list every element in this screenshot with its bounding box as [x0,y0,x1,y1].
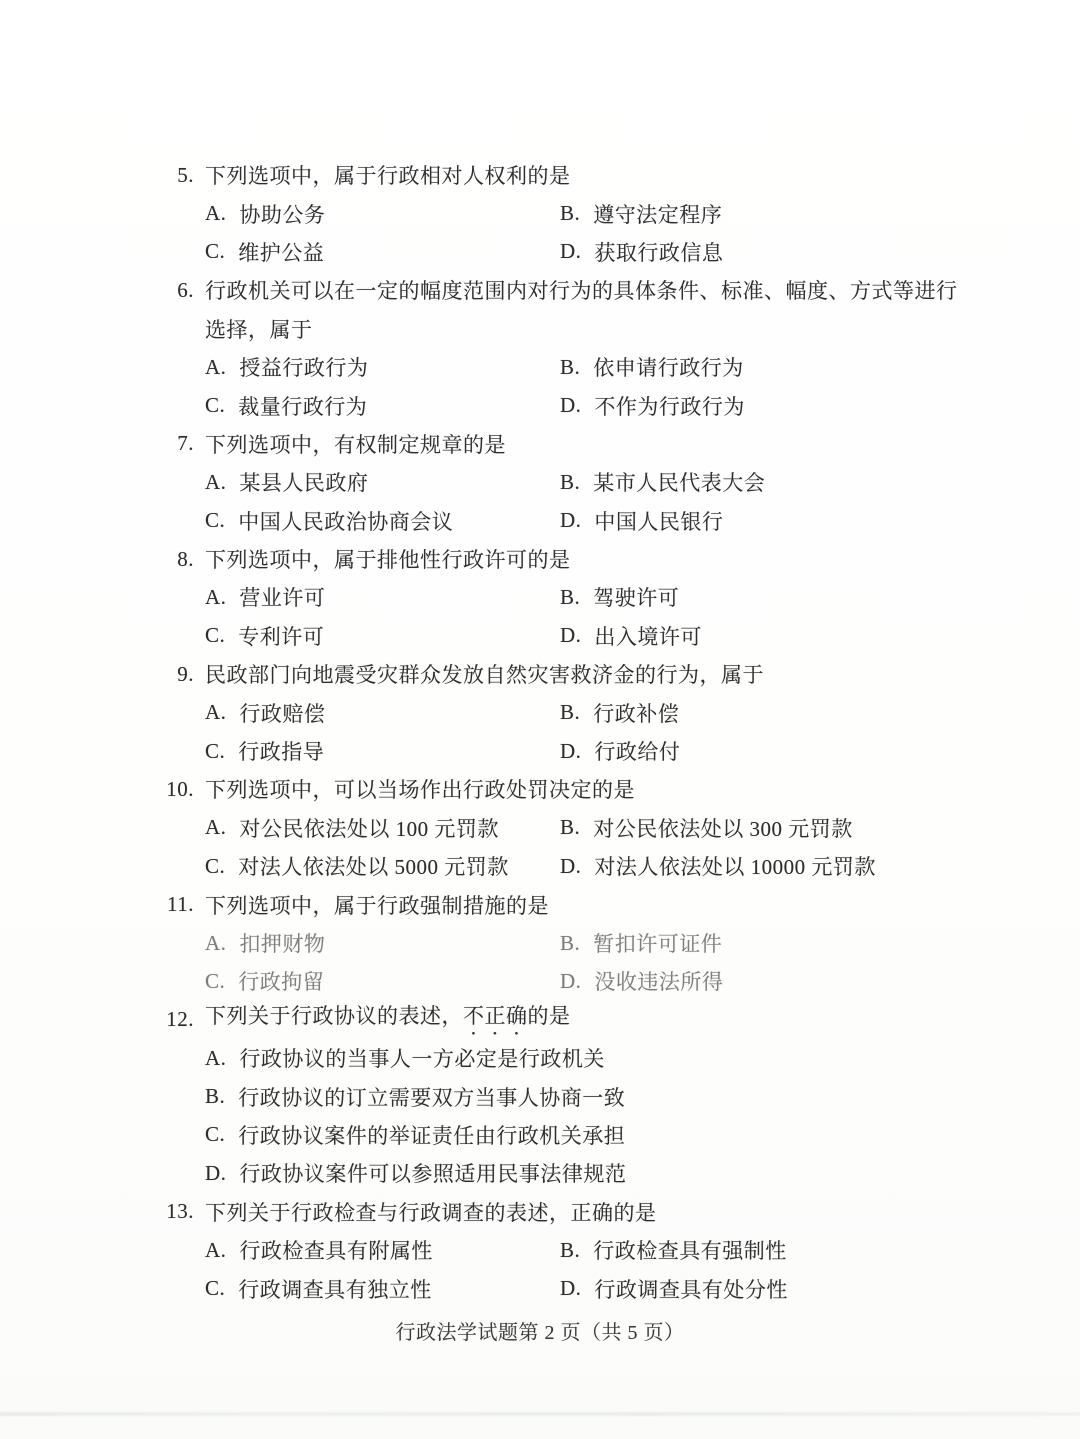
option-text: 没收违法所得 [594,966,723,996]
option-label: A. [205,700,226,725]
option-b: B.依申请行政行为 [560,348,1040,386]
option-text: 行政协议案件可以参照适用民事法律规范 [239,1158,626,1188]
option-b: B.行政补偿 [560,693,1040,731]
option-label: D. [560,1276,581,1301]
question-text-line-1: 行政机关可以在一定的幅度范围内对行为的具体条件、标准、幅度、方式等进行 [205,275,958,305]
question-number: 12. [160,1007,194,1032]
question-text: 下列选项中，属于行政相对人权利的是 [205,160,571,190]
question-11: 11. 下列选项中，属于行政强制措施的是 A.扣押财物 B.暂扣许可证件 C.行… [160,885,1040,1000]
question-text-emphasis: 不正确 [463,1004,528,1028]
question-stem: 12. 下列关于行政协议的表述，不正确的是 [160,1001,1040,1039]
option-a: A.行政协议的当事人一方必定是行政机关 [205,1039,1040,1077]
option-label: D. [560,623,581,648]
option-text: 裁量行政行为 [238,391,367,421]
option-a: A.对公民依法处以 100 元罚款 [205,809,560,847]
question-text: 下列关于行政检查与行政调查的表述，正确的是 [205,1197,657,1227]
option-text: 对法人依法处以 10000 元罚款 [594,851,876,881]
option-b: B.行政检查具有强制性 [560,1231,1040,1269]
question-5: 5. 下列选项中，属于行政相对人权利的是 A.协助公务 B.遵守法定程序 C.维… [160,156,1040,271]
question-7: 7. 下列选项中，有权制定规章的是 A.某县人民政府 B.某市人民代表大会 C.… [160,425,1040,540]
option-c: C.裁量行政行为 [205,386,560,424]
option-label: B. [560,201,580,226]
option-label: B. [560,355,580,380]
question-stem: 10. 下列选项中，可以当场作出行政处罚决定的是 [160,770,1040,808]
question-text: 下列选项中，属于排他性行政许可的是 [205,544,571,574]
question-number: 8. [160,547,194,572]
question-list: 5. 下列选项中，属于行政相对人权利的是 A.协助公务 B.遵守法定程序 C.维… [0,0,1080,1308]
option-text: 依申请行政行为 [593,352,744,382]
option-d: D.中国人民银行 [560,502,1040,540]
option-c: C.专利许可 [205,617,560,655]
option-text: 授益行政行为 [239,352,368,382]
options: A.行政赔偿 B.行政补偿 C.行政指导 D.行政给付 [205,693,1040,770]
question-stem: 9. 民政部门向地震受灾群众发放自然灾害救济金的行为，属于 [160,655,1040,693]
option-d: D.不作为行政行为 [560,386,1040,424]
option-a: A.授益行政行为 [205,348,560,386]
option-label: C. [205,393,225,418]
option-label: A. [205,585,226,610]
option-d: D.对法人依法处以 10000 元罚款 [560,847,1040,885]
option-text: 行政指导 [238,736,324,766]
option-label: D. [560,739,581,764]
option-label: A. [205,931,226,956]
option-text: 不作为行政行为 [594,391,745,421]
option-b: B.行政协议的订立需要双方当事人协商一致 [205,1077,1040,1115]
question-stem: 11. 下列选项中，属于行政强制措施的是 [160,885,1040,923]
question-text: 下列选项中，属于行政强制措施的是 [205,890,549,920]
question-8: 8. 下列选项中，属于排他性行政许可的是 A.营业许可 B.驾驶许可 C.专利许… [160,540,1040,655]
options: A.行政协议的当事人一方必定是行政机关 B.行政协议的订立需要双方当事人协商一致… [205,1039,1040,1193]
option-label: B. [560,700,580,725]
option-text: 行政调查具有独立性 [238,1274,432,1304]
question-text: 民政部门向地震受灾群众发放自然灾害救济金的行为，属于 [205,659,764,689]
option-label: D. [205,1161,226,1186]
option-c: C.行政协议案件的举证责任由行政机关承担 [205,1116,1040,1154]
paper-bottom-edge [0,1412,1080,1416]
option-text: 中国人民政治协商会议 [238,506,453,536]
option-text: 维护公益 [238,237,324,267]
question-6: 6. 行政机关可以在一定的幅度范围内对行为的具体条件、标准、幅度、方式等进行 选… [160,271,1040,425]
option-c: C.行政拘留 [205,962,560,1000]
option-text: 暂扣许可证件 [593,928,722,958]
option-d: D.出入境许可 [560,617,1040,655]
option-label: A. [205,1046,226,1071]
question-stem: 13. 下列关于行政检查与行政调查的表述，正确的是 [160,1193,1040,1231]
option-text: 对公民依法处以 300 元罚款 [593,813,853,843]
option-label: C. [205,854,225,879]
question-number: 9. [160,662,194,687]
options: A.营业许可 B.驾驶许可 C.专利许可 D.出入境许可 [205,578,1040,655]
option-label: D. [560,969,581,994]
question-text: 下列选项中，可以当场作出行政处罚决定的是 [205,774,635,804]
option-label: A. [205,201,226,226]
option-text: 某市人民代表大会 [593,467,765,497]
option-text: 行政调查具有处分性 [594,1274,788,1304]
option-d: D.获取行政信息 [560,233,1040,271]
option-label: A. [205,1238,226,1263]
question-number: 13. [160,1199,194,1224]
question-stem: 6. 行政机关可以在一定的幅度范围内对行为的具体条件、标准、幅度、方式等进行 [160,271,1040,309]
option-c: C.行政指导 [205,732,560,770]
option-text: 获取行政信息 [594,237,723,267]
option-label: B. [205,1084,225,1109]
option-label: A. [205,355,226,380]
option-label: D. [560,239,581,264]
options: A.行政检查具有附属性 B.行政检查具有强制性 C.行政调查具有独立性 D.行政… [205,1231,1040,1308]
option-b: B.对公民依法处以 300 元罚款 [560,809,1040,847]
question-9: 9. 民政部门向地震受灾群众发放自然灾害救济金的行为，属于 A.行政赔偿 B.行… [160,655,1040,770]
question-number: 11. [160,892,194,917]
option-text: 对公民依法处以 100 元罚款 [239,813,499,843]
question-text: 下列选项中，有权制定规章的是 [205,429,506,459]
option-text: 行政给付 [594,736,680,766]
option-text: 行政拘留 [238,966,324,996]
option-label: C. [205,508,225,533]
option-label: B. [560,815,580,840]
question-stem: 5. 下列选项中，属于行政相对人权利的是 [160,156,1040,194]
question-text: 下列关于行政协议的表述，不正确的是 [205,1000,571,1040]
page-footer: 行政法学试题第 2 页（共 5 页） [0,1316,1080,1345]
option-a: A.扣押财物 [205,924,560,962]
option-label: B. [560,470,580,495]
options: A.某县人民政府 B.某市人民代表大会 C.中国人民政治协商会议 D.中国人民银… [205,463,1040,540]
option-text: 行政协议的订立需要双方当事人协商一致 [238,1082,625,1112]
option-d: D.行政调查具有处分性 [560,1269,1040,1307]
option-label: B. [560,1238,580,1263]
question-10: 10. 下列选项中，可以当场作出行政处罚决定的是 A.对公民依法处以 100 元… [160,770,1040,885]
option-text: 行政补偿 [593,698,679,728]
option-b: B.遵守法定程序 [560,194,1040,232]
question-12: 12. 下列关于行政协议的表述，不正确的是 A.行政协议的当事人一方必定是行政机… [160,1001,1040,1193]
options: A.协助公务 B.遵守法定程序 C.维护公益 D.获取行政信息 [205,194,1040,271]
option-label: C. [205,739,225,764]
option-d: D.没收违法所得 [560,962,1040,1000]
options: A.授益行政行为 B.依申请行政行为 C.裁量行政行为 D.不作为行政行为 [205,348,1040,425]
option-text: 专利许可 [238,621,324,651]
options: A.对公民依法处以 100 元罚款 B.对公民依法处以 300 元罚款 C.对法… [205,809,1040,886]
option-label: A. [205,470,226,495]
option-label: C. [205,623,225,648]
question-number: 6. [160,278,194,303]
question-number: 5. [160,163,194,188]
question-text-pre: 下列关于行政协议的表述， [205,1004,463,1028]
question-number: 10. [160,777,194,802]
option-label: B. [560,931,580,956]
options: A.扣押财物 B.暂扣许可证件 C.行政拘留 D.没收违法所得 [205,924,1040,1001]
option-c: C.对法人依法处以 5000 元罚款 [205,847,560,885]
option-b: B.驾驶许可 [560,578,1040,616]
option-label: D. [560,854,581,879]
option-text: 驾驶许可 [593,582,679,612]
option-label: D. [560,508,581,533]
option-text: 行政检查具有强制性 [593,1235,787,1265]
option-text: 行政检查具有附属性 [239,1235,433,1265]
question-text-line-2: 选择，属于 [205,314,313,344]
option-label: C. [205,1122,225,1147]
option-label: D. [560,393,581,418]
option-label: C. [205,239,225,264]
option-b: B.某市人民代表大会 [560,463,1040,501]
question-text-post: 的是 [528,1004,571,1028]
option-d: D.行政给付 [560,732,1040,770]
option-a: A.行政赔偿 [205,693,560,731]
option-a: A.行政检查具有附属性 [205,1231,560,1269]
option-label: C. [205,969,225,994]
question-number: 7. [160,431,194,456]
option-c: C.中国人民政治协商会议 [205,502,560,540]
option-c: C.维护公益 [205,233,560,271]
question-stem: 8. 下列选项中，属于排他性行政许可的是 [160,540,1040,578]
option-text: 出入境许可 [594,621,702,651]
option-text: 协助公务 [239,199,325,229]
option-text: 行政赔偿 [239,698,325,728]
option-text: 营业许可 [239,582,325,612]
option-text: 中国人民银行 [594,506,723,536]
option-d: D.行政协议案件可以参照适用民事法律规范 [205,1154,1040,1192]
option-a: A.某县人民政府 [205,463,560,501]
option-label: C. [205,1276,225,1301]
question-13: 13. 下列关于行政检查与行政调查的表述，正确的是 A.行政检查具有附属性 B.… [160,1193,1040,1308]
question-stem-continued: 选择，属于 [160,310,1040,348]
option-text: 行政协议案件的举证责任由行政机关承担 [238,1120,625,1150]
question-stem: 7. 下列选项中，有权制定规章的是 [160,425,1040,463]
option-c: C.行政调查具有独立性 [205,1269,560,1307]
option-text: 某县人民政府 [239,467,368,497]
option-text: 扣押财物 [239,928,325,958]
option-label: A. [205,815,226,840]
option-a: A.协助公务 [205,194,560,232]
option-label: B. [560,585,580,610]
option-b: B.暂扣许可证件 [560,924,1040,962]
option-text: 对法人依法处以 5000 元罚款 [238,851,509,881]
option-a: A.营业许可 [205,578,560,616]
option-text: 行政协议的当事人一方必定是行政机关 [239,1043,605,1073]
option-text: 遵守法定程序 [593,199,722,229]
exam-page: 5. 下列选项中，属于行政相对人权利的是 A.协助公务 B.遵守法定程序 C.维… [0,0,1080,1439]
